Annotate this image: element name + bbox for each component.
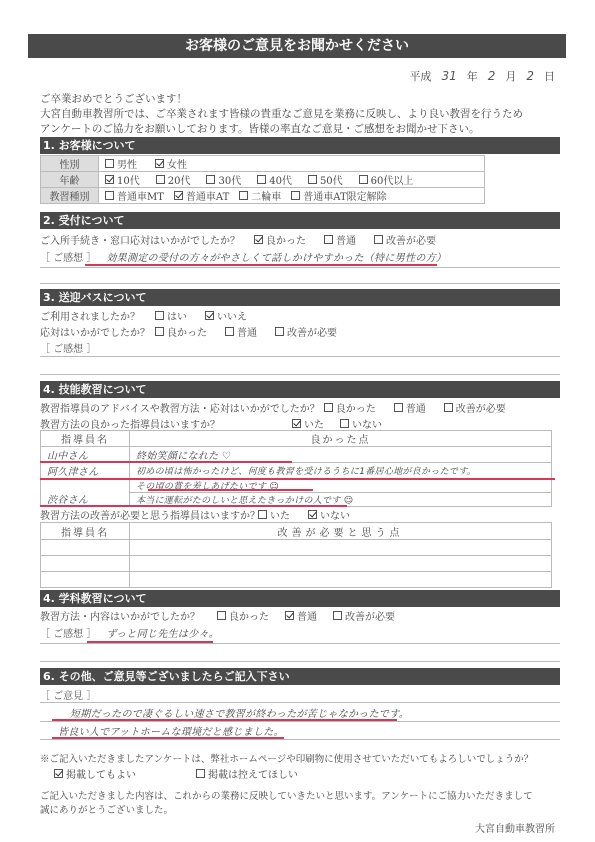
- column-header: 改善が必要と思う点: [130, 523, 552, 540]
- table-row: [41, 556, 552, 572]
- bad-instructor-question: 教習方法の改善が必要と思う指導員はいますか？: [40, 507, 258, 522]
- checkbox-icon: [156, 175, 165, 184]
- option-at[interactable]: 普通車AT: [174, 188, 229, 203]
- checkbox-icon: [291, 191, 300, 200]
- intro-line: アンケートのご協力をお願いしております。皆様の率直なご意見・ご感想をお聞かせ下さ…: [40, 122, 560, 137]
- section-3-heading: 3. 送迎バスについて: [40, 289, 560, 306]
- checkbox-icon: [225, 327, 234, 336]
- comment-label: ［ ご意見 ］: [40, 687, 96, 702]
- section-2-heading: 2. 受付について: [40, 212, 560, 229]
- checkbox-checked-icon: [205, 311, 214, 320]
- option-10s[interactable]: 10代: [105, 172, 140, 187]
- option-normal[interactable]: 普通: [285, 608, 317, 623]
- closing-text: ご記入いただきました内容は、これからの業務に反映していきたいと思います。アンケー…: [40, 790, 560, 818]
- instructor-name[interactable]: 阿久津さん: [41, 463, 130, 479]
- good-point[interactable]: 初めの頃は怖かったけど、何度も教習を受けるうちに1番居心地が良かったです。: [130, 463, 552, 479]
- option-no[interactable]: いない: [340, 416, 382, 431]
- closing-line: ご記入いただきました内容は、これからの業務に反映していきたいと思います。アンケー…: [40, 790, 560, 804]
- publish-question: ※ご記入いただきましたアンケートは、弊社ホームページや印刷物に使用させていただい…: [40, 750, 560, 766]
- checkbox-checked-icon: [292, 419, 301, 428]
- option-needs-improvement[interactable]: 改善が必要: [444, 400, 506, 415]
- option-female[interactable]: 女性: [155, 156, 187, 171]
- opinion-text[interactable]: 皆良い人でアットホームな環境だと感じました。: [58, 723, 284, 738]
- checkbox-icon: [308, 175, 317, 184]
- highlight-underline: [40, 461, 292, 463]
- course-row: 教習種別 普通車MT 普通車AT 二輪車 普通車AT限定解除: [41, 188, 485, 204]
- date-era: 平成: [409, 68, 431, 84]
- instructor-name[interactable]: [41, 556, 130, 572]
- intro-line: 大宮自動車教習所では、ご卒業されます皆様の貴重なご意見を業務に反映し、より良い教…: [40, 107, 560, 122]
- checkbox-icon: [155, 311, 164, 320]
- option-male[interactable]: 男性: [105, 156, 137, 171]
- date-month[interactable]: 2: [488, 69, 496, 83]
- age-row: 年齢 10代 20代 30代 40代 50代 60代以上: [41, 172, 485, 188]
- table-header: 指導員名 改善が必要と思う点: [41, 523, 552, 540]
- checkbox-icon[interactable]: [105, 159, 114, 168]
- opinion-text[interactable]: 短期だったので凄ぐるしい速さで教習が終わったが苦じゃなかったです。: [70, 705, 409, 720]
- lecture-comment-row: ［ ご感想 ］ ずっと同じ先生は少々。: [40, 624, 560, 640]
- option-50s[interactable]: 50代: [308, 172, 343, 187]
- gender-label: 性別: [41, 156, 99, 172]
- section-6-heading: 6. その他、ご意見等ございましたらご記入下さい: [40, 668, 560, 685]
- lecture-comment[interactable]: ずっと同じ先生は少々。: [106, 625, 219, 640]
- option-no[interactable]: いない: [308, 507, 350, 522]
- option-mt[interactable]: 普通車MT: [105, 188, 164, 203]
- option-good[interactable]: 良かった: [155, 324, 207, 339]
- intro-line: ご卒業おめでとうございます！: [40, 92, 560, 107]
- option-yes[interactable]: はい: [155, 308, 187, 323]
- reception-question-row: ご入所手続き・窓口応対はいかがでしたか？ 良かった 普通 改善が必要: [40, 231, 560, 247]
- checkbox-icon: [257, 175, 266, 184]
- table-row: 阿久津さん 初めの頃は怖かったけど、何度も教習を受けるうちに1番居心地が良かった…: [41, 463, 552, 479]
- day-label: 日: [544, 68, 555, 84]
- checkbox-checked-icon: [105, 175, 114, 184]
- divider: [40, 643, 560, 644]
- option-publish-no[interactable]: 掲載は控えてほしい: [196, 766, 298, 781]
- reception-comment[interactable]: 効果測定の受付の方々がやさしくて話しかけやすかった（特に男性の方）: [106, 249, 446, 264]
- page-title: お客様のご意見をお聞かせください: [28, 34, 566, 58]
- checkbox-checked-icon: [174, 191, 183, 200]
- option-60s-plus[interactable]: 60代以上: [359, 172, 414, 187]
- reception-question: ご入所手続き・窓口応対はいかがでしたか？: [40, 232, 240, 247]
- instructor-rating-row: 教習指導員のアドバイスや教習方法・応対はいかがでしたか？ 良かった 普通 改善が…: [40, 399, 560, 415]
- closing-line: 誠にありがとうございました。: [40, 804, 560, 818]
- bus-used-question: ご利用されましたか？: [40, 308, 155, 323]
- option-at-release[interactable]: 普通車AT限定解除: [291, 188, 386, 203]
- divider: [40, 356, 560, 357]
- course-label: 教習種別: [41, 188, 99, 204]
- option-needs-improvement[interactable]: 改善が必要: [374, 232, 436, 247]
- date-day[interactable]: 2: [526, 69, 534, 83]
- improvement-point[interactable]: [130, 556, 552, 572]
- instructor-name[interactable]: [41, 572, 130, 588]
- lecture-question: 教習方法・内容はいかがでしたか？: [40, 608, 217, 623]
- highlight-underline: [85, 264, 437, 266]
- option-motorcycle[interactable]: 二輪車: [239, 188, 281, 203]
- column-header: 指導員名: [41, 431, 130, 447]
- divider: [40, 267, 560, 268]
- checkbox-icon: [359, 175, 368, 184]
- comment-label: ［ ご感想 ］: [40, 249, 96, 264]
- date-year[interactable]: 31: [441, 69, 456, 83]
- checkbox-icon: [239, 191, 248, 200]
- bad-instructor-table: 指導員名 改善が必要と思う点: [40, 522, 552, 588]
- instructor-name[interactable]: 渋谷さん: [41, 479, 130, 507]
- highlight-underline: [40, 478, 555, 480]
- section-4-heading: 4. 技能教習について: [40, 381, 560, 398]
- option-yes[interactable]: いた: [258, 507, 290, 522]
- checkbox-icon: [324, 403, 333, 412]
- good-instructor-question: 教習方法の良かった指導員はいますか？: [40, 416, 292, 431]
- divider: [40, 661, 560, 662]
- checkbox-icon: [155, 327, 164, 336]
- checkbox-icon: [206, 175, 215, 184]
- bus-comment-row: ［ ご感想 ］: [40, 339, 560, 355]
- checkbox-checked-icon: [285, 611, 294, 620]
- column-header: 指導員名: [41, 523, 130, 540]
- customer-info-table: 性別 男性 女性 年齢 10代 20代 30代 40代 50代 60代以上 教習…: [40, 155, 485, 204]
- improvement-point[interactable]: [130, 572, 552, 588]
- good-instructor-table: 指導員名 良かった点 山中さん 終始笑顔になれた ♡ 阿久津さん 初めの頃は怖か…: [40, 430, 552, 507]
- option-good[interactable]: 良かった: [254, 232, 306, 247]
- table-header: 指導員名 良かった点: [41, 431, 552, 447]
- checkbox-icon: [374, 235, 383, 244]
- checkbox-icon: [217, 611, 226, 620]
- checkbox-icon: [196, 769, 205, 778]
- school-signature: 大宮自動車教習所: [475, 820, 555, 835]
- month-label: 月: [505, 68, 516, 84]
- option-yes[interactable]: いた: [292, 416, 324, 431]
- instructor-rating-question: 教習指導員のアドバイスや教習方法・応対はいかがでしたか？: [40, 400, 320, 415]
- option-normal[interactable]: 普通: [324, 232, 356, 247]
- year-label: 年: [467, 68, 478, 84]
- date-field: 平成 31 年 2 月 2 日: [409, 68, 555, 84]
- instructor-name[interactable]: [41, 540, 130, 556]
- checkbox-icon: [333, 611, 342, 620]
- divider: [40, 739, 560, 740]
- section-1-heading: 1. お客様について: [40, 137, 560, 154]
- checkbox-checked-icon[interactable]: [155, 159, 164, 168]
- age-label: 年齢: [41, 172, 99, 188]
- option-good[interactable]: 良かった: [324, 400, 376, 415]
- option-normal[interactable]: 普通: [394, 400, 426, 415]
- divider: [40, 374, 560, 375]
- option-no[interactable]: いいえ: [205, 308, 247, 323]
- checkbox-icon: [394, 403, 403, 412]
- opinion-line: 短期だったので凄ぐるしい速さで教習が終わったが苦じゃなかったです。: [40, 704, 560, 720]
- bus-used-row: ご利用されましたか？ はい いいえ: [40, 307, 560, 323]
- divider: [40, 702, 560, 703]
- checkbox-icon: [275, 327, 284, 336]
- comment-label: ［ ご感想 ］: [40, 340, 96, 355]
- gender-row: 性別 男性 女性: [41, 156, 485, 172]
- comment-label: ［ ご感想 ］: [40, 625, 96, 640]
- option-20s[interactable]: 20代: [156, 172, 191, 187]
- publish-options: 掲載してもよい 掲載は控えてほしい: [40, 765, 560, 781]
- good-instructor-row: 教習方法の良かった指導員はいますか？ いた いない: [40, 415, 560, 431]
- table-row: [41, 540, 552, 556]
- column-header: 良かった点: [130, 431, 552, 447]
- option-needs-improvement[interactable]: 改善が必要: [333, 608, 395, 623]
- opinion-label-row: ［ ご意見 ］: [40, 686, 560, 702]
- checkbox-icon: [105, 191, 114, 200]
- reception-comment-row: ［ ご感想 ］ 効果測定の受付の方々がやさしくて話しかけやすかった（特に男性の方…: [40, 248, 560, 264]
- checkbox-checked-icon: [54, 769, 63, 778]
- opinion-line: 皆良い人でアットホームな環境だと感じました。: [40, 722, 560, 738]
- bad-instructor-row: 教習方法の改善が必要と思う指導員はいますか？ いた いない: [40, 506, 560, 522]
- improvement-point[interactable]: [130, 540, 552, 556]
- option-publish-ok[interactable]: 掲載してもよい: [54, 766, 136, 781]
- checkbox-checked-icon: [254, 235, 263, 244]
- highlight-underline: [148, 489, 313, 491]
- checkbox-checked-icon: [308, 510, 317, 519]
- checkbox-icon: [258, 510, 267, 519]
- intro-text: ご卒業おめでとうございます！ 大宮自動車教習所では、ご卒業されます皆様の貴重なご…: [40, 92, 560, 137]
- bus-service-question: 応対はいかがでしたか？: [40, 324, 155, 339]
- option-30s[interactable]: 30代: [206, 172, 241, 187]
- section-5-heading: 4. 学科教習について: [40, 590, 560, 607]
- option-40s[interactable]: 40代: [257, 172, 292, 187]
- checkbox-icon: [324, 235, 333, 244]
- checkbox-icon: [340, 419, 349, 428]
- lecture-rating-row: 教習方法・内容はいかがでしたか？ 良かった 普通 改善が必要: [40, 607, 560, 623]
- option-good[interactable]: 良かった: [217, 608, 269, 623]
- option-needs-improvement[interactable]: 改善が必要: [275, 324, 337, 339]
- bus-service-row: 応対はいかがでしたか？ 良かった 普通 改善が必要: [40, 323, 560, 339]
- checkbox-icon: [444, 403, 453, 412]
- divider: [40, 283, 560, 284]
- table-row: [41, 572, 552, 588]
- option-normal[interactable]: 普通: [225, 324, 257, 339]
